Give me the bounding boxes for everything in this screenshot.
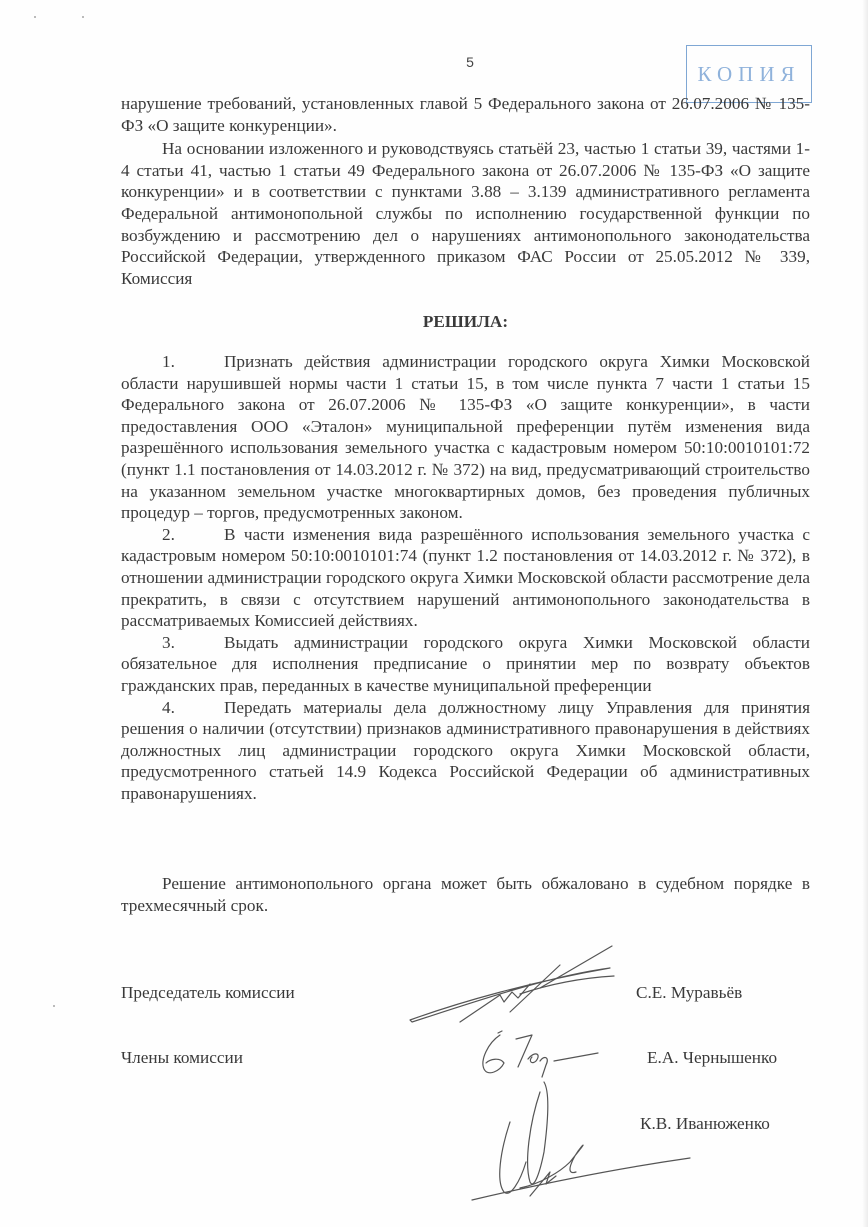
item-number: 2. [162, 524, 224, 546]
decision-item-4: 4.Передать материалы дела должностному л… [121, 697, 810, 805]
chair-label: Председатель комиссии [121, 983, 295, 1003]
item-number: 1. [162, 351, 224, 373]
appeal-block: Решение антимонопольного органа может бы… [121, 873, 810, 916]
scan-speck [53, 1005, 55, 1007]
item-number: 3. [162, 632, 224, 654]
item-text: Признать действия администрации городско… [121, 352, 810, 522]
item-text: В части изменения вида разрешённого испо… [121, 525, 810, 630]
item-text: Передать материалы дела должностному лиц… [121, 698, 810, 803]
scan-speck [82, 16, 84, 18]
decision-heading: РЕШИЛА: [121, 312, 810, 332]
decision-item-2: 2.В части изменения вида разрешённого ис… [121, 524, 810, 632]
decision-item-3: 3.Выдать администрации городского округа… [121, 632, 810, 697]
copy-stamp-text: КОПИЯ [687, 62, 811, 87]
decision-item-1: 1.Признать действия администрации городс… [121, 351, 810, 524]
page-edge-shadow [862, 0, 868, 1227]
member-name-1: Е.А. Чернышенко [647, 1048, 777, 1068]
members-label: Члены комиссии [121, 1048, 243, 1068]
intro-block: нарушение требований, установленных глав… [121, 93, 810, 289]
intro-basis: На основании изложенного и руководствуяс… [121, 138, 810, 289]
document-page: 5 КОПИЯ нарушение требований, установлен… [0, 0, 868, 1227]
intro-continuation: нарушение требований, установленных глав… [121, 93, 810, 136]
scan-speck [34, 16, 36, 18]
item-number: 4. [162, 697, 224, 719]
member-2-signature [460, 1072, 680, 1212]
item-text: Выдать администрации городского округа Х… [121, 633, 810, 695]
decision-list: 1.Признать действия администрации городс… [121, 351, 810, 804]
appeal-text: Решение антимонопольного органа может бы… [121, 873, 810, 916]
chair-name: С.Е. Муравьёв [636, 983, 742, 1003]
